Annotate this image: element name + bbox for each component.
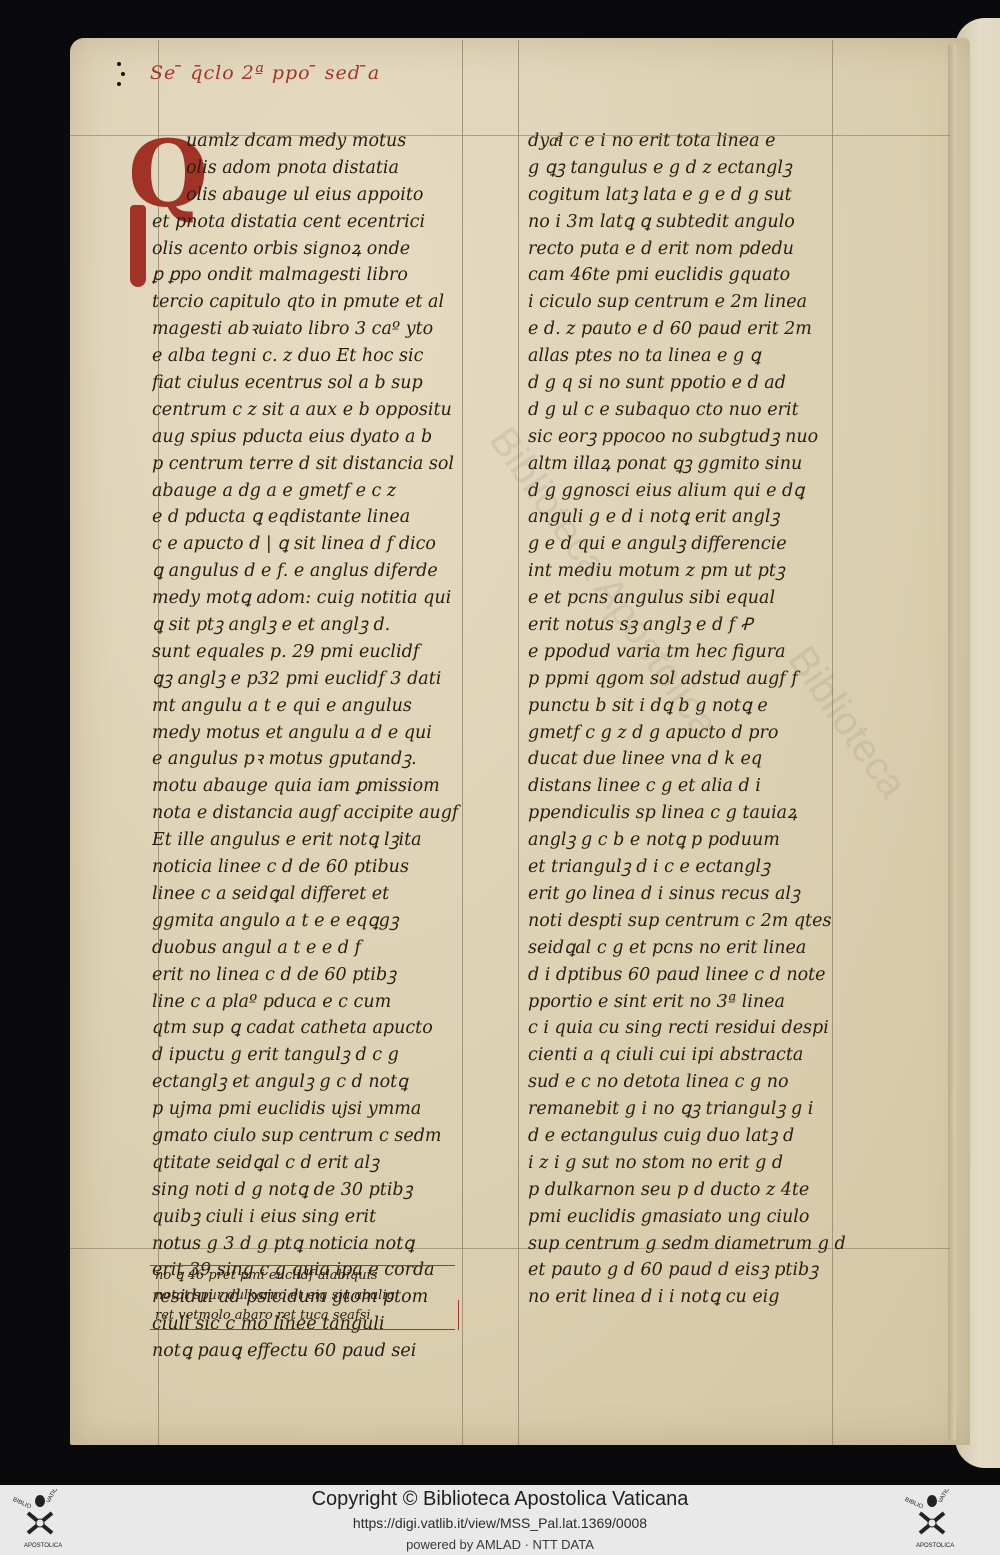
manuscript-line: ectanglꝫ et angulꝫ g c d notꝗ xyxy=(152,1069,482,1096)
manuscript-line: d g ggnosci eius alium qui e dꝗ xyxy=(528,478,848,505)
manuscript-line: olis acento orbis signoꝝ onde xyxy=(152,236,482,263)
note-line: notat spur dulkarno et eig sia abalig xyxy=(155,1286,395,1306)
manuscript-line: ꝗ sit ptꝫ anglꝫ e et anglꝫ d. xyxy=(152,612,482,639)
manuscript-line: no erit linea d i i notꝗ cu eig xyxy=(528,1284,848,1311)
manuscript-line: Et ille angulus e erit notꝗ lꝫita xyxy=(152,827,482,854)
manuscript-line: mt angulu a t e qui e angulus xyxy=(152,693,482,720)
copyright-footer: BIBLIO VATICANA APOSTOLICA Copyright © B… xyxy=(0,1485,1000,1555)
manuscript-line: c e apucto d | ꝗ sit linea d f dico xyxy=(152,531,482,558)
manuscript-line: magesti abꝛuiato libro 3 caº yto xyxy=(152,316,482,343)
manuscript-line: p ujma pmi euclidis ujsi ymma xyxy=(152,1096,482,1123)
manuscript-line: gmetf c g z d g apucto d pro xyxy=(528,720,848,747)
manuscript-line: ꝑ ꝑpo ondit malmagesti libro xyxy=(152,262,482,289)
manuscript-scan: Biblioteca Apostolica Biblioteca Se ̄ q̄… xyxy=(0,0,1000,1485)
manuscript-line: qtitate seidꝗal c d erit alꝫ xyxy=(152,1150,482,1177)
manuscript-line: et triangulꝫ d i c e ectanglꝫ xyxy=(528,854,848,881)
manuscript-line: sic eorꝫ ppocoo no subgtudꝫ nuo xyxy=(528,424,848,451)
manuscript-line: ggmita angulo a t e e eqꝗgꝫ xyxy=(152,908,482,935)
manuscript-line: gmato ciulo sup centrum c sedm xyxy=(152,1123,482,1150)
svg-text:APOSTOLICA: APOSTOLICA xyxy=(916,1543,954,1549)
manuscript-line: no i 3m latꝗ ꝗ subtedit angulo xyxy=(528,209,848,236)
manuscript-line: sup centrum g sedm diametrum g d xyxy=(528,1231,848,1258)
manuscript-line: centrum c z sit a aux e b oppositu xyxy=(152,397,482,424)
manuscript-line: allas ptes no ta linea e g ꝗ xyxy=(528,343,848,370)
manuscript-line: notus g 3 d g ptꝗ noticia notꝗ xyxy=(152,1231,482,1258)
ruling-line-right-col-left xyxy=(518,40,519,1445)
manuscript-line: d e ectangulus cuig duo latꝫ d xyxy=(528,1123,848,1150)
text-column-left: uamlz dcam medy motusolis adom pnota dis… xyxy=(152,128,482,1365)
manuscript-line: g ꝗꝫ tangulus e g d z ectanglꝫ xyxy=(528,155,848,182)
manuscript-line: abauge a dg a e gmetf e c z xyxy=(152,478,482,505)
margin-punctus xyxy=(117,62,127,92)
manuscript-line: cienti a q ciuli cui ipi abstracta xyxy=(528,1042,848,1069)
manuscript-line: e ppodud varia tm hec figura xyxy=(528,639,848,666)
manuscript-line: d g ul c e subaquo cto nuo erit xyxy=(528,397,848,424)
permalink-url[interactable]: https://digi.vatlib.it/view/MSS_Pal.lat.… xyxy=(0,1515,1000,1531)
manuscript-line: int mediu motum z pm ut ptꝫ xyxy=(528,558,848,585)
manuscript-line: e alba tegni c. z duo Et hoc sic xyxy=(152,343,482,370)
manuscript-line: noti despti sup centrum c 2m qtes xyxy=(528,908,848,935)
manuscript-line: e d. z pauto e d 60 paud erit 2m xyxy=(528,316,848,343)
manuscript-line: e angulus pꝛ motus gputandꝫ. xyxy=(152,746,482,773)
initial-descender xyxy=(130,205,146,287)
manuscript-line: dyaͤl c e i no erit tota linea e xyxy=(528,128,848,155)
manuscript-line: olis abauge ul eius appoito xyxy=(152,182,482,209)
manuscript-line: erit no linea c d de 60 ptibꝫ xyxy=(152,962,482,989)
manuscript-line: medy motus et angulu a d e qui xyxy=(152,720,482,747)
manuscript-line: distans linee c g et alia d i xyxy=(528,773,848,800)
manuscript-line: recto puta e d erit nom pdedu xyxy=(528,236,848,263)
manuscript-line: et pauto g d 60 paud d eisꝫ ptibꝫ xyxy=(528,1257,848,1284)
svg-text:VATICANA: VATICANA xyxy=(938,1489,958,1504)
text-column-right: dyaͤl c e i no erit tota linea eg ꝗꝫ tan… xyxy=(528,128,848,1311)
manuscript-line: ducat due linee vna d k eq xyxy=(528,746,848,773)
manuscript-line: altm illaꝝ ponat ꝗꝫ ggmito sinu xyxy=(528,451,848,478)
manuscript-line: sing noti d g notꝗ de 30 ptibꝫ xyxy=(152,1177,482,1204)
manuscript-line: p ppmi qgom sol adstud augf f xyxy=(528,666,848,693)
manuscript-line: aug spius pducta eius dyato a b xyxy=(152,424,482,451)
manuscript-line: quibꝫ ciuli i eius sing erit xyxy=(152,1204,482,1231)
manuscript-line: d ipuctu g erit tangulꝫ d c g xyxy=(152,1042,482,1069)
manuscript-line: anguli g e d i notꝗ erit anglꝫ xyxy=(528,504,848,531)
manuscript-line: ppendiculis sp linea c g tauiaꝝ xyxy=(528,800,848,827)
manuscript-line: ꝗ angulus d e f. e anglus diferde xyxy=(152,558,482,585)
note-line: ret vetmolo abaro ret tuca seafsi xyxy=(155,1306,395,1326)
manuscript-line: olis adom pnota distatia xyxy=(152,155,482,182)
manuscript-line: g e d qui e angulꝫ differencie xyxy=(528,531,848,558)
binding-gutter xyxy=(948,45,956,1440)
manuscript-line: anglꝫ g c b e notꝗ p poduum xyxy=(528,827,848,854)
vatican-library-logo-icon: BIBLIO VATICANA APOSTOLICA xyxy=(902,1489,962,1551)
manuscript-line: sunt equales p. 29 pmi euclidf xyxy=(152,639,482,666)
note-line: no ꝗ 46 pret pmi euclidf alabiquis xyxy=(155,1266,395,1286)
powered-by-text: powered by AMLAD · NTT DATA xyxy=(0,1537,1000,1552)
manuscript-line: erit notus sꝫ anglꝫ e d f Ꝓ xyxy=(528,612,848,639)
manuscript-line: nota e distancia augf accipite augf xyxy=(152,800,482,827)
bottom-marginal-note: no ꝗ 46 pret pmi euclidf alabiquisnotat … xyxy=(155,1266,395,1326)
manuscript-line: punctu b sit i dꝗ b g notꝗ e xyxy=(528,693,848,720)
manuscript-line: p dulkarnon seu p d ducto z 4te xyxy=(528,1177,848,1204)
manuscript-line: notꝗ pauꝗ effectu 60 paud sei xyxy=(152,1338,482,1365)
running-head-rubric: Se ̄ q̄clo 2ª ppo ̄ sed ̄a xyxy=(150,62,380,84)
manuscript-line: pportio e sint erit no 3ª linea xyxy=(528,989,848,1016)
manuscript-line: remanebit g i no ꝗꝫ triangulꝫ g i xyxy=(528,1096,848,1123)
manuscript-line: d g q si no sunt ppotio e d ad xyxy=(528,370,848,397)
manuscript-line: erit go linea d i sinus recus alꝫ xyxy=(528,881,848,908)
manuscript-line: motu abauge quia iam ꝑmissiom xyxy=(152,773,482,800)
manuscript-line: duobus angul a t e e d f xyxy=(152,935,482,962)
manuscript-line: p centrum terre d sit distancia sol xyxy=(152,451,482,478)
manuscript-line: ꝗꝫ anglꝫ e p32 pmi euclidf 3 dati xyxy=(152,666,482,693)
manuscript-line: e d pducta ꝗ eqdistante linea xyxy=(152,504,482,531)
manuscript-line: d i dptibus 60 paud linee c d note xyxy=(528,962,848,989)
manuscript-line: qtm sup ꝗ cadat catheta apucto xyxy=(152,1015,482,1042)
manuscript-line: cam 46te pmi euclidis gquato xyxy=(528,262,848,289)
manuscript-line: uamlz dcam medy motus xyxy=(152,128,482,155)
manuscript-line: i z i g sut no stom no erit g d xyxy=(528,1150,848,1177)
manuscript-line: et pnota distatia cent ecentrici xyxy=(152,209,482,236)
manuscript-line: tercio capitulo qto in pmute et al xyxy=(152,289,482,316)
manuscript-line: line c a plaº pduca e c cum xyxy=(152,989,482,1016)
manuscript-line: c i quia cu sing recti residui despi xyxy=(528,1015,848,1042)
manuscript-line: medy motꝗ adom: cuig notitia qui xyxy=(152,585,482,612)
svg-text:BIBLIO: BIBLIO xyxy=(904,1497,924,1511)
manuscript-line: e et pcns angulus sibi equal xyxy=(528,585,848,612)
manuscript-line: seidꝗal c g et pcns no erit linea xyxy=(528,935,848,962)
manuscript-line: noticia linee c d de 60 ptibus xyxy=(152,854,482,881)
manuscript-line: i ciculo sup centrum e 2m linea xyxy=(528,289,848,316)
manuscript-line: cogitum latꝫ lata e g e d g sut xyxy=(528,182,848,209)
manuscript-line: sud e c no detota linea c g no xyxy=(528,1069,848,1096)
manuscript-line: fiat ciulus ecentrus sol a b sup xyxy=(152,370,482,397)
manuscript-line: pmi euclidis gmasiato ung ciulo xyxy=(528,1204,848,1231)
manuscript-line: linee c a seidꝗal differet et xyxy=(152,881,482,908)
copyright-text: Copyright © Biblioteca Apostolica Vatica… xyxy=(0,1488,1000,1511)
